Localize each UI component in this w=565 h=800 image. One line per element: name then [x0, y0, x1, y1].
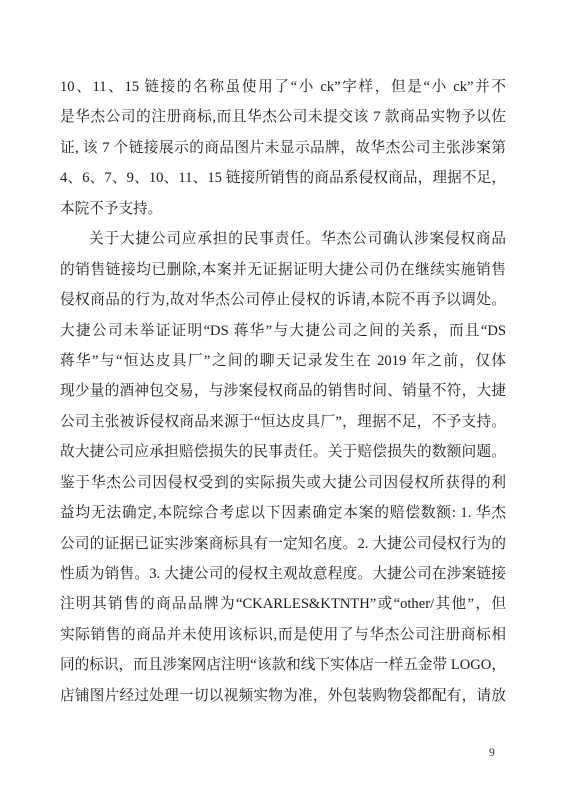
judgment-document-page: 10、11、15 链接的名称虽使用了“小 ck”字样，但是“小 ck”并不 是华… [0, 0, 565, 800]
text-line: 同的标识，而且涉案网店注明“该款和线下实体店一样五金带 LOGO， [60, 650, 506, 680]
text-line: 4、6、7、9、10、11、15 链接所销售的商品系侵权商品，理据不足， [60, 163, 506, 193]
text-line: 注明其销售的商品品牌为“CKARLES&KTNTH”或“other/其他”，但 [60, 589, 506, 619]
text-line-paragraph-start: 关于大捷公司应承担的民事责任。华杰公司确认涉案侵权商品 [60, 224, 506, 254]
page-number: 9 [489, 746, 495, 760]
text-line: 现少量的酒神包交易，与涉案侵权商品的销售时间、销量不符，大捷 [60, 376, 506, 406]
text-line: 实际销售的商品并未使用该标识,而是使用了与华杰公司注册商标相 [60, 620, 506, 650]
text-line: 是华杰公司的注册商标,而且华杰公司未提交该 7 款商品实物予以佐 [60, 102, 506, 132]
text-line: 侵权商品的行为,故对华杰公司停止侵权的诉请,本院不再予以调处。 [60, 285, 506, 315]
text-line: 10、11、15 链接的名称虽使用了“小 ck”字样，但是“小 ck”并不 [60, 72, 506, 102]
text-line: 性质为销售。3. 大捷公司的侵权主观故意程度。大捷公司在涉案链接 [60, 559, 506, 589]
text-line: 公司的证据已证实涉案商标具有一定知名度。2. 大捷公司侵权行为的 [60, 529, 506, 559]
text-line-paragraph-end: 本院不予支持。 [60, 194, 506, 224]
text-line: 故大捷公司应承担赔偿损失的民事责任。关于赔偿损失的数额问题。 [60, 437, 506, 467]
text-line: 益均无法确定,本院综合考虑以下因素确定本案的赔偿数额: 1. 华杰 [60, 498, 506, 528]
text-line: 公司主张被诉侵权商品来源于“恒达皮具厂”，理据不足，不予支持。 [60, 407, 506, 437]
text-line: 大捷公司未举证证明“DS 蒋华”与大捷公司之间的关系，而且“DS [60, 316, 506, 346]
text-line: 证, 该 7 个链接展示的商品图片未显示品牌，故华杰公司主张涉案第 [60, 133, 506, 163]
text-line: 的销售链接均已删除,本案并无证据证明大捷公司仍在继续实施销售 [60, 255, 506, 285]
text-line: 店铺图片经过处理一切以视频实物为准，外包装购物袋都配有，请放 [60, 681, 506, 711]
judgment-text-block: 10、11、15 链接的名称虽使用了“小 ck”字样，但是“小 ck”并不 是华… [60, 72, 506, 711]
text-line: 蒋华”与“恒达皮具厂”之间的聊天记录发生在 2019 年之前，仅体 [60, 346, 506, 376]
text-line: 鉴于华杰公司因侵权受到的实际损失或大捷公司因侵权所获得的利 [60, 468, 506, 498]
